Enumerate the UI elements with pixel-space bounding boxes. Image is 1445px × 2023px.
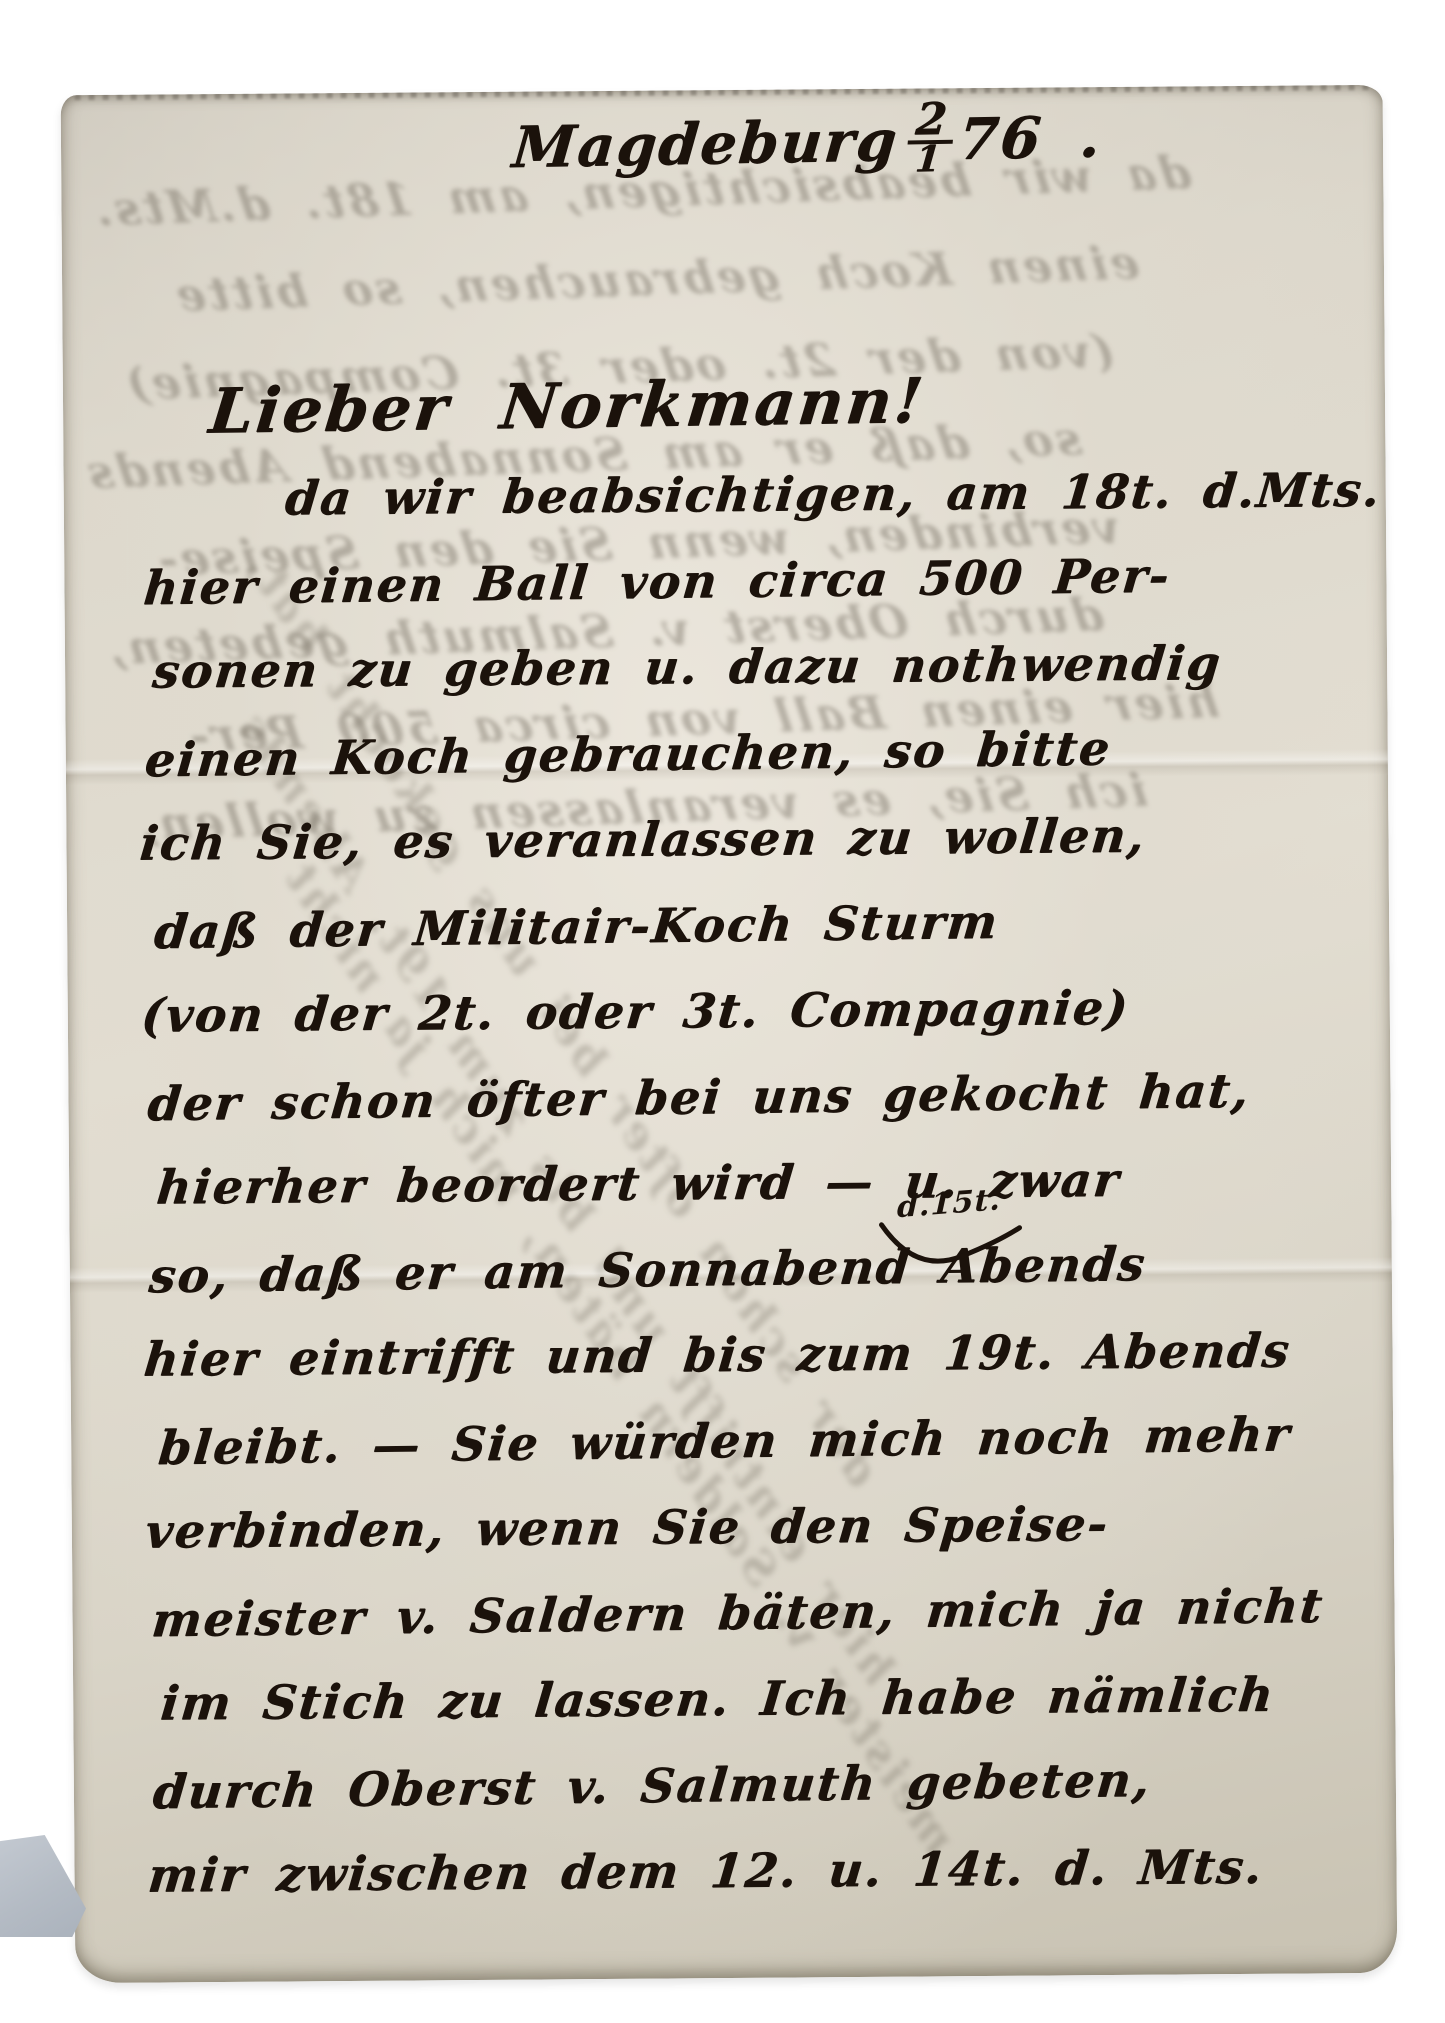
ink-line: sonen zu geben u. dazu nothwendig <box>147 635 1351 730</box>
bleedthrough-ink: einen Koch gebrauchen, so bitte <box>170 236 1142 322</box>
dateline-place: Magdeburg <box>510 107 901 181</box>
ink-line: meister v. Saldern bäten, mich ja nicht <box>146 1578 1358 1679</box>
paper-fragment <box>0 1835 86 1937</box>
ink-line: der schon öfter bei uns gekocht hat, <box>142 1062 1354 1163</box>
photo-background: { "photo": { "background_color": "#fffff… <box>0 0 1445 2023</box>
ink-line: im Stich zu lassen. Ich habe nämlich <box>155 1667 1359 1762</box>
date-year: 76 <box>956 104 1045 173</box>
ink-line: verbinden, wenn Sie den Speise- <box>140 1495 1358 1591</box>
ink-line: einen Koch gebrauchen, so bitte <box>140 718 1352 819</box>
ink-line: hier einen Ball von circa 500 Per- <box>138 546 1350 647</box>
ink-line: hierher beordert wird — u. zwar <box>151 1151 1355 1246</box>
letter-paper: da wir beabsichtigen, am 18t. d.Mts.eine… <box>61 85 1398 1983</box>
ink-line: bleibt. — Sie würden mich noch mehr <box>153 1406 1357 1507</box>
insertion-flourish <box>875 1216 1025 1273</box>
date-month: 1 <box>905 144 952 175</box>
letter-body: da wir beabsichtigen, am 18t. d.Mts.hier… <box>136 463 1357 1934</box>
ink-line: durch Oberst v. Salmuth gebeten, <box>148 1750 1360 1851</box>
date-punctuation: . <box>1077 103 1105 170</box>
ink-line: (von der 2t. oder 3t. Compagnie) <box>136 979 1354 1075</box>
date-fraction: 21 <box>905 101 956 176</box>
ink-line: daß der Militair-Koch Sturm <box>149 890 1353 991</box>
ink-line: mir zwischen dem 12. u. 14t. d. Mts. <box>143 1839 1361 1935</box>
ink-line: ich Sie, es veranlassen zu wollen, <box>134 807 1352 903</box>
ink-line: so, daß er am Sonnabend Abends <box>144 1234 1356 1335</box>
dateline: Magdeburg2176 . <box>509 98 1105 183</box>
ink-line: hier eintrifft und bis zum 19t. Abends <box>138 1323 1356 1419</box>
salutation: Lieber Norkmann! <box>206 364 929 448</box>
ink-line: da wir beabsichtigen, am 18t. d.Mts. <box>280 463 1350 557</box>
